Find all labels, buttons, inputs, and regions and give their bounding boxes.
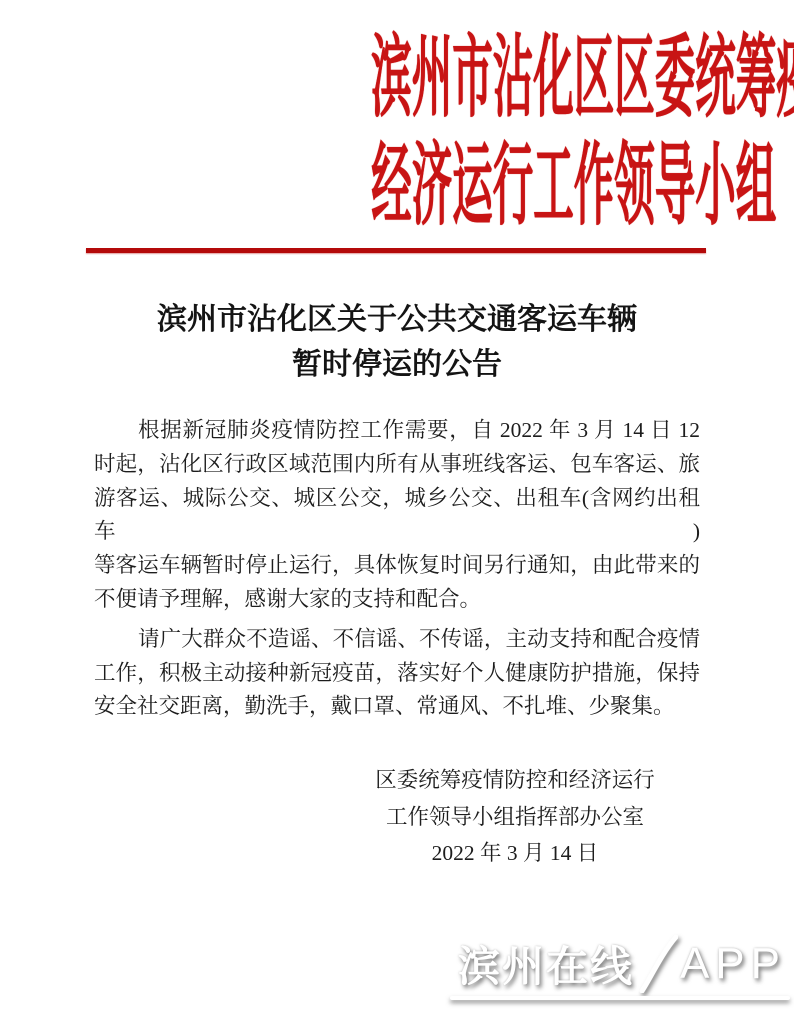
- paragraph-1: 根据新冠肺炎疫情防控工作需要，自 2022 年 3 月 14 日 12 时起，沾…: [94, 414, 700, 617]
- watermark-underline: [450, 996, 790, 1000]
- watermark-brand-text: 滨州在线: [458, 934, 634, 994]
- letterhead-text-1: 滨州市沾化区区委统筹疫情防控和: [371, 34, 794, 124]
- letterhead-text-2: 经济运行工作领导小组（指挥部）: [371, 142, 794, 232]
- slash-swoosh-icon: [638, 935, 678, 993]
- body-line: 工作，积极主动接种新冠疫苗，落实好个人健康防护措施，保持: [94, 657, 700, 691]
- signature-line-2: 工作领导小组指挥部办公室: [310, 799, 720, 836]
- body-line: 不便请予理解，感谢大家的支持和配合。: [94, 583, 700, 617]
- body-line: 游客运、城际公交、城区公交，城乡公交、出租车(含网约出租车): [94, 482, 700, 550]
- letterhead-line-2: 经济运行工作领导小组（指挥部）: [0, 142, 794, 232]
- notice-body: 根据新冠肺炎疫情防控工作需要，自 2022 年 3 月 14 日 12 时起，沾…: [94, 414, 700, 724]
- letterhead-line-1: 滨州市沾化区区委统筹疫情防控和: [0, 34, 794, 124]
- signature-date: 2022 年 3 月 14 日: [310, 835, 720, 872]
- watermark-app-text: APP: [680, 939, 786, 989]
- notice-title: 滨州市沾化区关于公共交通客运车辆 暂时停运的公告: [0, 297, 794, 387]
- watermark-logo: 滨州在线 APP: [458, 934, 786, 1000]
- body-line: 等客运车辆暂时停止运行，具体恢复时间另行通知，由此带来的: [94, 549, 700, 583]
- letterhead-divider-rule: [86, 248, 706, 253]
- signature-line-1: 区委统筹疫情防控和经济运行: [310, 762, 720, 799]
- body-line: 时起，沾化区行政区域范围内所有从事班线客运、包车客运、旅: [94, 448, 700, 482]
- notice-title-line-2: 暂时停运的公告: [0, 342, 794, 387]
- signature-block: 区委统筹疫情防控和经济运行 工作领导小组指挥部办公室 2022 年 3 月 14…: [310, 762, 720, 872]
- notice-title-line-1: 滨州市沾化区关于公共交通客运车辆: [0, 297, 794, 342]
- body-line: 请广大群众不造谣、不信谣、不传谣，主动支持和配合疫情: [94, 623, 700, 657]
- notice-page: 滨州市沾化区区委统筹疫情防控和 经济运行工作领导小组（指挥部） 滨州市沾化区关于…: [0, 0, 794, 1010]
- body-line: 根据新冠肺炎疫情防控工作需要，自 2022 年 3 月 14 日 12: [94, 414, 700, 448]
- paragraph-2: 请广大群众不造谣、不信谣、不传谣，主动支持和配合疫情 工作，积极主动接种新冠疫苗…: [94, 623, 700, 724]
- body-line: 安全社交距离，勤洗手，戴口罩、常通风、不扎堆、少聚集。: [94, 690, 700, 724]
